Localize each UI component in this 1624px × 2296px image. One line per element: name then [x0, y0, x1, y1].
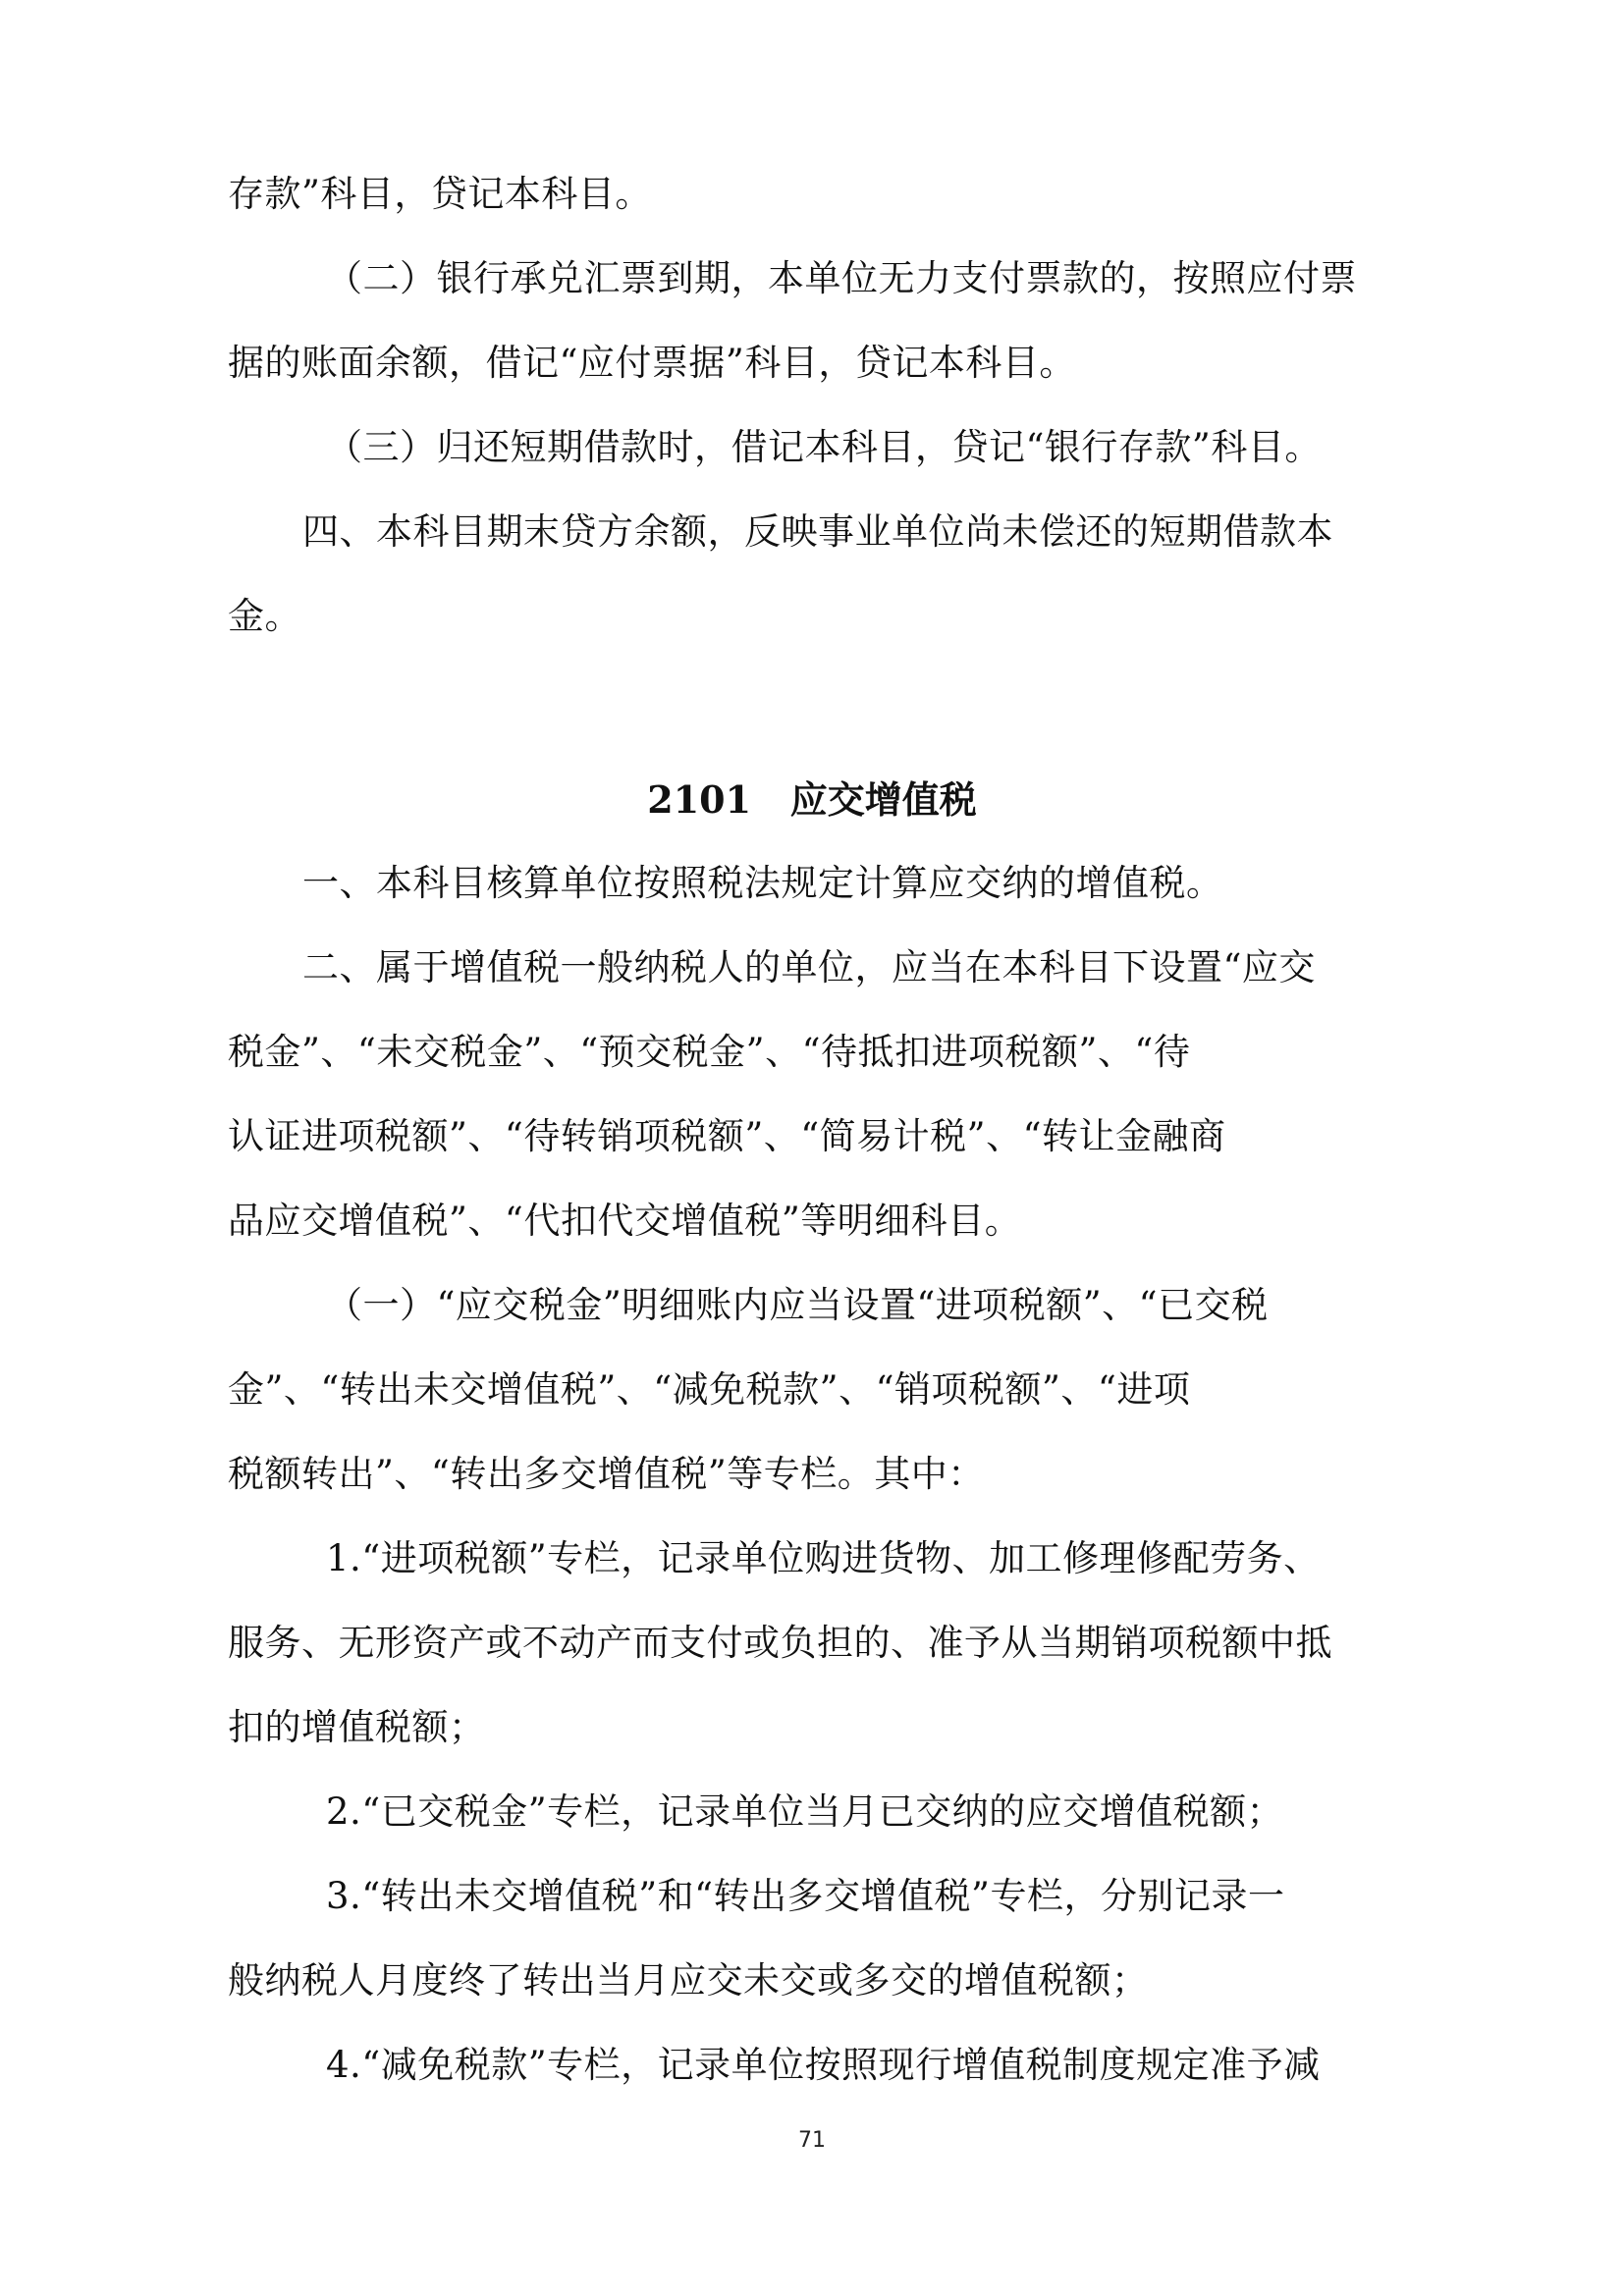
- account-title: 应交增值税: [790, 777, 977, 822]
- paragraph-line: 2.“已交税金”专栏，记录单位当月已交纳的应交增值税额；: [326, 1790, 1504, 1834]
- paragraph-line: 金。: [228, 595, 1406, 638]
- paragraph-line: 税金”、“未交税金”、“预交税金”、“待抵扣进项税额”、“待: [228, 1031, 1406, 1074]
- paragraph-line: 3.“转出未交增值税”和“转出多交增值税”专栏，分别记录一: [326, 1875, 1504, 1918]
- paragraph-line: 四、本科目期末贷方余额，反映事业单位尚未偿还的短期借款本: [302, 510, 1481, 554]
- paragraph-line: 品应交增值税”、“代扣代交增值税”等明细科目。: [228, 1200, 1406, 1243]
- paragraph-line: 存款”科目，贷记本科目。: [228, 173, 1406, 216]
- section-heading: 2101 应交增值税: [0, 777, 1624, 823]
- page-number: 71: [0, 2128, 1624, 2154]
- paragraph-line: 税额转出”、“转出多交增值税”等专栏。其中：: [228, 1453, 1406, 1496]
- paragraph-line: 金”、“转出未交增值税”、“减免税款”、“销项税额”、“进项: [228, 1368, 1406, 1412]
- paragraph-line: 1.“进项税额”专栏，记录单位购进货物、加工修理修配劳务、: [326, 1537, 1504, 1580]
- document-page: 存款”科目，贷记本科目。 （二）银行承兑汇票到期，本单位无力支付票款的，按照应付…: [0, 0, 1624, 2296]
- paragraph-line: 认证进项税额”、“待转销项税额”、“简易计税”、“转让金融商: [228, 1115, 1406, 1158]
- paragraph-line: 4.“减免税款”专栏，记录单位按照现行增值税制度规定准予减: [326, 2044, 1504, 2087]
- paragraph-line: （三）归还短期借款时，借记本科目，贷记“银行存款”科目。: [326, 426, 1504, 469]
- paragraph-line: 二、属于增值税一般纳税人的单位，应当在本科目下设置“应交: [302, 946, 1481, 989]
- paragraph-line: （一）“应交税金”明细账内应当设置“进项税额”、“已交税: [326, 1284, 1504, 1327]
- paragraph-line: 般纳税人月度终了转出当月应交未交或多交的增值税额；: [228, 1959, 1406, 2002]
- paragraph-line: 扣的增值税额；: [228, 1706, 1406, 1749]
- paragraph-line: 据的账面余额，借记“应付票据”科目，贷记本科目。: [228, 342, 1406, 385]
- paragraph-line: 一、本科目核算单位按照税法规定计算应交纳的增值税。: [302, 862, 1481, 905]
- paragraph-line: （二）银行承兑汇票到期，本单位无力支付票款的，按照应付票: [326, 257, 1504, 300]
- account-code: 2101: [647, 777, 751, 822]
- paragraph-line: 服务、无形资产或不动产而支付或负担的、准予从当期销项税额中抵: [228, 1622, 1406, 1665]
